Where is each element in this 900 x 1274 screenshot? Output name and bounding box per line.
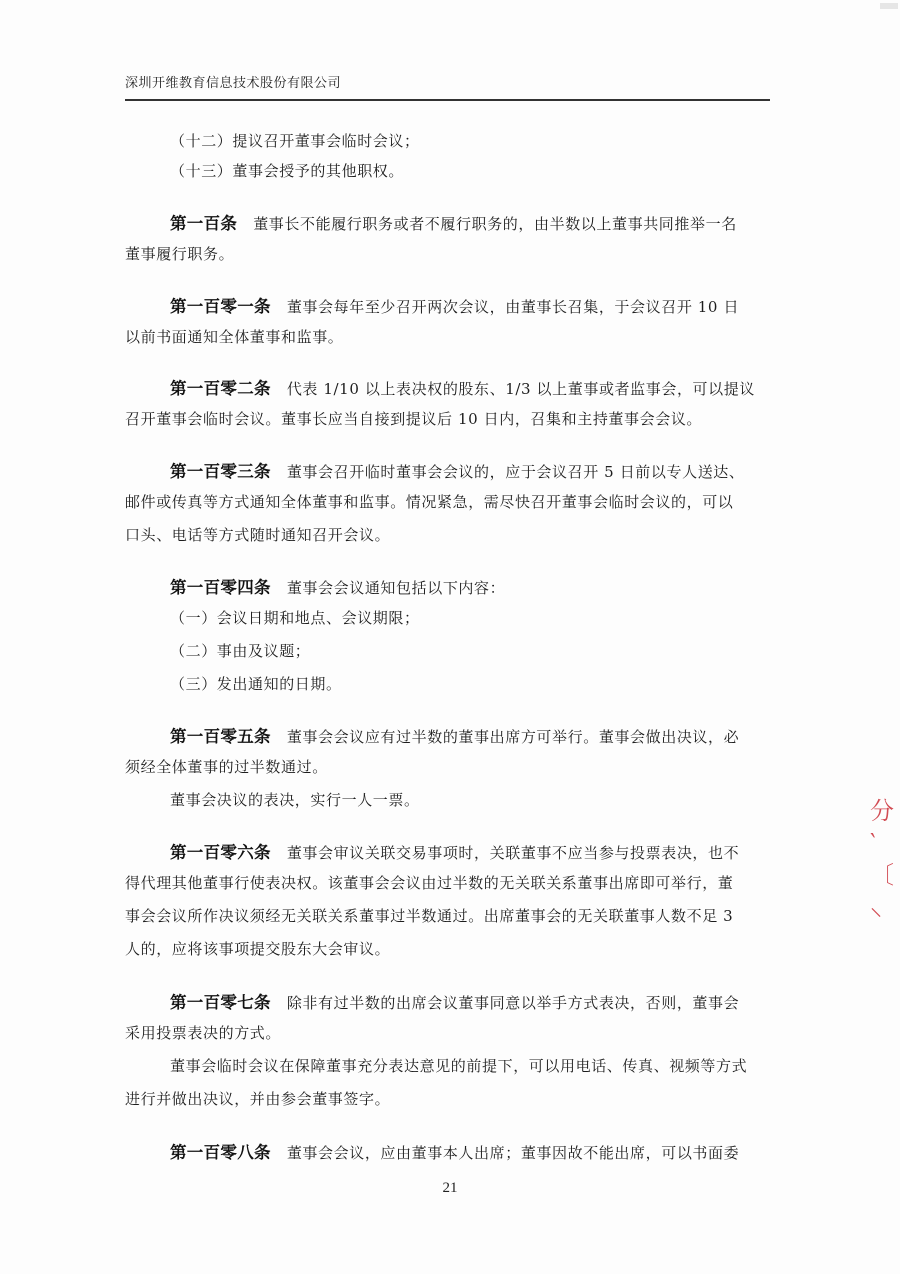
text-line: 董事会决议的表决，实行一人一票。 (170, 789, 420, 810)
text-line: 得代理其他董事行使表决权。该董事会会议由过半数的无关联关系董事出席即可举行，董 (125, 872, 733, 893)
line-text: 人的，应将该事项提交股东大会审议。 (125, 940, 390, 958)
seal-stroke: ⸜ (870, 891, 898, 923)
article-number: 第一百零二条 (170, 379, 271, 398)
line-text: 得代理其他董事行使表决权。该董事会会议由过半数的无关联关系董事出席即可举行，董 (125, 874, 733, 892)
scan-artifact (880, 3, 898, 9)
line-text: 董事会每年至少召开两次会议，由董事长召集，于会议召开 10 日 (287, 298, 739, 316)
line-text: 除非有过半数的出席会议董事同意以举手方式表决，否则，董事会 (287, 994, 739, 1012)
line-text: 董事会会议通知包括以下内容： (287, 579, 505, 597)
article-number: 第一百零六条 (170, 843, 271, 862)
article-number: 第一百条 (170, 214, 237, 233)
line-text: 邮件或传真等方式通知全体董事和监事。情况紧急，需尽快召开董事会临时会议的，可以 (125, 493, 733, 511)
line-text: 进行并做出决议，并由参会董事签字。 (125, 1090, 390, 1108)
seal-stroke: 〔 (870, 859, 898, 891)
seal-glyph: 分 (870, 795, 898, 827)
text-line: 董事会临时会议在保障董事充分表达意见的前提下，可以用电话、传真、视频等方式 (170, 1055, 747, 1076)
line-text: 事会会议所作决议须经无关联关系董事过半数通过。出席董事会的无关联董事人数不足 3 (125, 907, 733, 925)
document-page: 深圳开维教育信息技术股份有限公司 （十二）提议召开董事会临时会议；（十三）董事会… (0, 0, 900, 1274)
line-text: 董事会会议应有过半数的董事出席方可举行。董事会做出决议，必 (287, 728, 739, 746)
line-text: 召开董事会临时会议。董事长应当自接到提议后 10 日内，召集和主持董事会会议。 (125, 410, 702, 428)
article-line: 第一百零八条董事会会议，应由董事本人出席；董事因故不能出席，可以书面委 (170, 1139, 739, 1163)
line-text: 须经全体董事的过半数通过。 (125, 758, 328, 776)
line-text: （十三）董事会授予的其他职权。 (170, 162, 404, 180)
text-line: 人的，应将该事项提交股东大会审议。 (125, 938, 390, 959)
line-text: （二）事由及议题； (170, 642, 310, 660)
text-line: （十三）董事会授予的其他职权。 (170, 160, 404, 181)
article-line: 第一百条董事长不能履行职务或者不履行职务的，由半数以上董事共同推举一名 (170, 210, 737, 234)
line-text: 董事会召开临时董事会会议的，应于会议召开 5 日前以专人送达、 (287, 463, 745, 481)
line-text: 采用投票表决的方式。 (125, 1024, 281, 1042)
text-line: 采用投票表决的方式。 (125, 1022, 281, 1043)
article-line: 第一百零一条董事会每年至少召开两次会议，由董事长召集，于会议召开 10 日 (170, 293, 739, 317)
article-number: 第一百零一条 (170, 297, 271, 316)
line-text: 董事长不能履行职务或者不履行职务的，由半数以上董事共同推举一名 (253, 215, 737, 233)
red-seal-fragment: 分 ‵ 〔 ⸜ (870, 795, 898, 965)
page-number: 21 (0, 1180, 900, 1197)
text-line: （十二）提议召开董事会临时会议； (170, 130, 420, 151)
article-line: 第一百零六条董事会审议关联交易事项时，关联董事不应当参与投票表决，也不 (170, 839, 739, 863)
text-line: 召开董事会临时会议。董事长应当自接到提议后 10 日内，召集和主持董事会会议。 (125, 408, 702, 429)
line-text: （三）发出通知的日期。 (170, 675, 342, 693)
text-line: 以前书面通知全体董事和监事。 (125, 326, 343, 347)
line-text: （一）会议日期和地点、会议期限； (170, 609, 420, 627)
line-text: 董事履行职务。 (125, 245, 234, 263)
article-line: 第一百零五条董事会会议应有过半数的董事出席方可举行。董事会做出决议，必 (170, 723, 739, 747)
header-divider (125, 99, 770, 101)
text-line: 邮件或传真等方式通知全体董事和监事。情况紧急，需尽快召开董事会临时会议的，可以 (125, 491, 733, 512)
line-text: 董事会决议的表决，实行一人一票。 (170, 791, 420, 809)
line-text: 董事会临时会议在保障董事充分表达意见的前提下，可以用电话、传真、视频等方式 (170, 1057, 747, 1075)
article-number: 第一百零三条 (170, 462, 271, 481)
line-text: 以前书面通知全体董事和监事。 (125, 328, 343, 346)
article-number: 第一百零五条 (170, 727, 271, 746)
text-line: （一）会议日期和地点、会议期限； (170, 607, 420, 628)
text-line: 进行并做出决议，并由参会董事签字。 (125, 1088, 390, 1109)
article-line: 第一百零四条董事会会议通知包括以下内容： (170, 574, 505, 598)
article-line: 第一百零七条除非有过半数的出席会议董事同意以举手方式表决，否则，董事会 (170, 989, 739, 1013)
company-header: 深圳开维教育信息技术股份有限公司 (125, 72, 341, 91)
line-text: 口头、电话等方式随时通知召开会议。 (125, 526, 390, 544)
line-text: （十二）提议召开董事会临时会议； (170, 132, 420, 150)
article-number: 第一百零四条 (170, 578, 271, 597)
text-line: 口头、电话等方式随时通知召开会议。 (125, 524, 390, 545)
line-text: 董事会会议，应由董事本人出席；董事因故不能出席，可以书面委 (287, 1144, 739, 1162)
text-line: 事会会议所作决议须经无关联关系董事过半数通过。出席董事会的无关联董事人数不足 3 (125, 905, 733, 926)
line-text: 董事会审议关联交易事项时，关联董事不应当参与投票表决，也不 (287, 844, 739, 862)
text-line: （二）事由及议题； (170, 640, 310, 661)
text-line: （三）发出通知的日期。 (170, 673, 342, 694)
line-text: 代表 1/10 以上表决权的股东、1/3 以上董事或者监事会，可以提议 (287, 380, 755, 398)
article-number: 第一百零八条 (170, 1143, 271, 1162)
article-number: 第一百零七条 (170, 993, 271, 1012)
seal-stroke: ‵ (870, 827, 898, 859)
text-line: 须经全体董事的过半数通过。 (125, 756, 328, 777)
article-line: 第一百零三条董事会召开临时董事会会议的，应于会议召开 5 日前以专人送达、 (170, 458, 745, 482)
text-line: 董事履行职务。 (125, 243, 234, 264)
article-line: 第一百零二条代表 1/10 以上表决权的股东、1/3 以上董事或者监事会，可以提… (170, 375, 755, 399)
